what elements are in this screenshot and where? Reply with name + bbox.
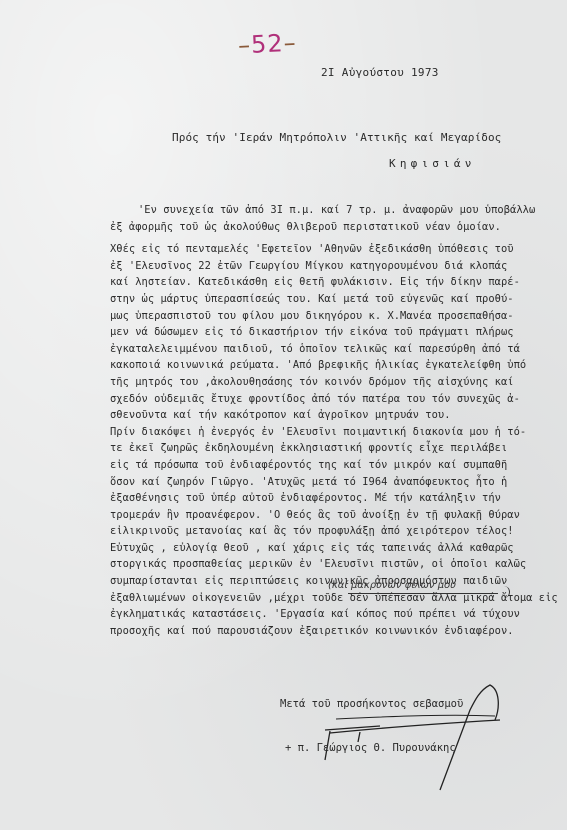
- handwritten-insertion: (καί μακρυνῶν φίλων μου: [328, 580, 456, 591]
- signatory-name: + π. Γεώργιος Θ. Πυρουνάκης: [285, 742, 456, 754]
- text-line: προσοχῆς καί πού παρουσιάζουν ἐξαιρετικό…: [110, 623, 560, 640]
- text-line: τε ἐκεῖ ζωηρῶς ἐκδηλουμένη ἐκκλησιαστική…: [110, 440, 560, 457]
- text-line: τῆς μητρός του ,ἀκολουθησάσης τόν κοινόν…: [110, 374, 560, 391]
- text-line: ἐξ ἀφορμῆς τοῦ ὡς ἀκολούθως θλιβεροῦ περ…: [110, 219, 560, 236]
- text-line: εἰλικρινοῦς μετανοίας καί ἃς τόν προφυλά…: [110, 523, 560, 540]
- paragraph-1: 'Εν συνεχεία τῶν ἀπό 3Ι π.μ. καί 7 τρ. μ…: [110, 202, 560, 235]
- text-line: ἐξασθένησις τοῦ ὑπέρ αὐτοῦ ἐνδιαφέροντος…: [110, 490, 560, 507]
- recipient-line: Πρός τήν 'Ιεράν Μητρόπολιν 'Αττικῆς καί …: [172, 131, 501, 144]
- text-line: στοργικάς προσπαθείας μερικῶν ἐν 'Ελευσῖ…: [110, 556, 560, 573]
- text-line: μεν νά δώσωμεν εἰς τό δικαστήριον τήν εἰ…: [110, 324, 560, 341]
- paragraph-2: Χθές εἰς τό πενταμελές 'Εφετεῖον 'Αθηνῶν…: [110, 241, 560, 424]
- text-line: Εὐτυχῶς , εὐλογίᾳ θεοῦ , καί χάρις εἰς τ…: [110, 540, 560, 557]
- handwritten-page-number: –52–: [237, 28, 297, 59]
- text-line: τρομεράν ἣν προανέφερον. 'Ο θεός ἃς τοῦ …: [110, 507, 560, 524]
- text-line: κακοποιά κοινωνικά ρεύματα. 'Από βρεφικῆ…: [110, 357, 560, 374]
- page-number-value: 52: [250, 29, 284, 59]
- text-line: μως ὑπερασπιστοῦ του φίλου μου δικηγόρου…: [110, 308, 560, 325]
- text-line: σχεδόν οὐδεμιᾶς ἔτυχε φροντίδος ἀπό τόν …: [110, 391, 560, 408]
- letter-body: 'Εν συνεχεία τῶν ἀπό 3Ι π.μ. καί 7 τρ. μ…: [110, 202, 560, 639]
- text-line: στην ὡς μάρτυς ὑπερασπίσεώς του. Καί μετ…: [110, 291, 560, 308]
- closing-salutation: Μετά τοῦ προσήκοντος σεβασμοῦ: [280, 698, 463, 710]
- text-line: σθενοῦντα καί τήν κακότροπον καί ἀγροῖκο…: [110, 407, 560, 424]
- dash-decoration: –: [283, 28, 297, 57]
- text-line: ἐγκαταλελειμμένου παιδιοῦ, τό ὁποῖον τελ…: [110, 341, 560, 358]
- recipient-city: Κηφισιάν: [389, 157, 476, 170]
- text-line: 'Εν συνεχεία τῶν ἀπό 3Ι π.μ. καί 7 τρ. μ…: [110, 202, 560, 219]
- text-line: εἰς τά πρόσωπα τοῦ ἐνδιαφέροντός της καί…: [110, 457, 560, 474]
- text-line: Χθές εἰς τό πενταμελές 'Εφετεῖον 'Αθηνῶν…: [110, 241, 560, 258]
- text-line: ὅσον καί ζωηρόν Γιῶργο. 'Ατυχῶς μετά τό …: [110, 474, 560, 491]
- strikethrough-line: [348, 593, 498, 594]
- text-line: Πρίν διακόψει ἡ ἐνεργός ἐν 'Ελευσῖνι ποι…: [110, 424, 560, 441]
- text-line: καί ληστείαν. Κατεδικάσθη εἰς θετῆ φυλάκ…: [110, 274, 560, 291]
- paragraph-3: Πρίν διακόψει ἡ ἐνεργός ἐν 'Ελευσῖνι ποι…: [110, 424, 560, 640]
- text-line: ἐγκληματικάς καταστάσεις. 'Εργασία καί κ…: [110, 606, 560, 623]
- text-line: ἐξ 'Ελευσῖνος 22 ἐτῶν Γεωργίου Μίγκου κα…: [110, 258, 560, 275]
- letter-page: –52– 2I Αὐγούστου 1973 Πρός τήν 'Ιεράν Μ…: [0, 0, 567, 830]
- letter-date: 2I Αὐγούστου 1973: [321, 66, 439, 79]
